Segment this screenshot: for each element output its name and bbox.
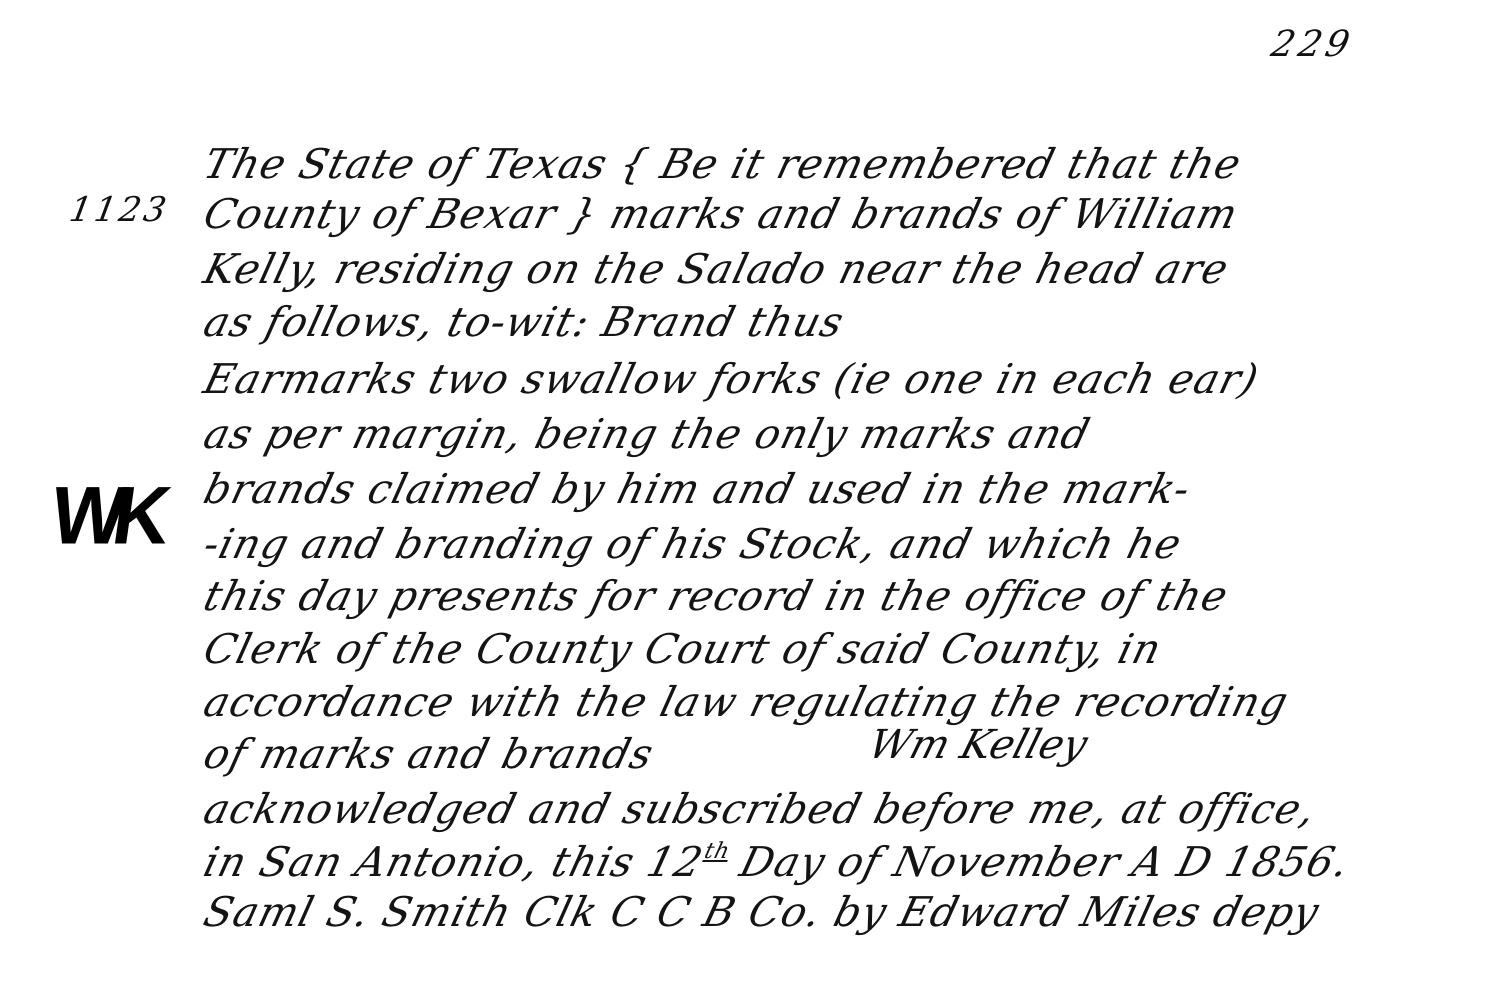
document-page: 229 1123 WK The State of Texas { Be it r… bbox=[0, 0, 1500, 1003]
text-line-7: brands claimed by him and used in the ma… bbox=[199, 465, 1196, 513]
text-line-2: County of Bexar } marks and brands of Wi… bbox=[199, 190, 1243, 238]
brand-mark-margin: WK bbox=[45, 468, 164, 564]
text-line-11: accordance with the law regulating the r… bbox=[199, 678, 1294, 726]
text-line-13: acknowledged and subscribed before me, a… bbox=[199, 785, 1321, 833]
text-line-1: The State of Texas { Be it remembered th… bbox=[199, 140, 1246, 188]
text-line-5: Earmarks two swallow forks (ie one in ea… bbox=[199, 355, 1264, 403]
date-prefix: in San Antonio, this 12 bbox=[199, 838, 708, 886]
page-number: 229 bbox=[1268, 24, 1357, 65]
signature: Wm Kelley bbox=[863, 722, 1092, 768]
text-line-15: Saml S. Smith Clk C C B Co. by Edward Mi… bbox=[199, 888, 1324, 936]
text-line-3: Kelly, residing on the Salado near the h… bbox=[199, 245, 1234, 293]
text-line-12: of marks and brands bbox=[199, 730, 659, 778]
entry-number: 1123 bbox=[66, 190, 172, 230]
date-rest: Day of November A D 1856. bbox=[721, 838, 1354, 886]
text-line-9: this day presents for record in the offi… bbox=[199, 572, 1233, 620]
text-line-4: as follows, to-wit: Brand thus bbox=[199, 298, 849, 346]
text-line-14: in San Antonio, this 12th Day of Novembe… bbox=[199, 838, 1355, 886]
text-line-10: Clerk of the County Court of said County… bbox=[199, 625, 1167, 673]
text-line-6: as per margin, being the only marks and bbox=[199, 410, 1095, 458]
text-line-8: -ing and branding of his Stock, and whic… bbox=[199, 520, 1187, 568]
